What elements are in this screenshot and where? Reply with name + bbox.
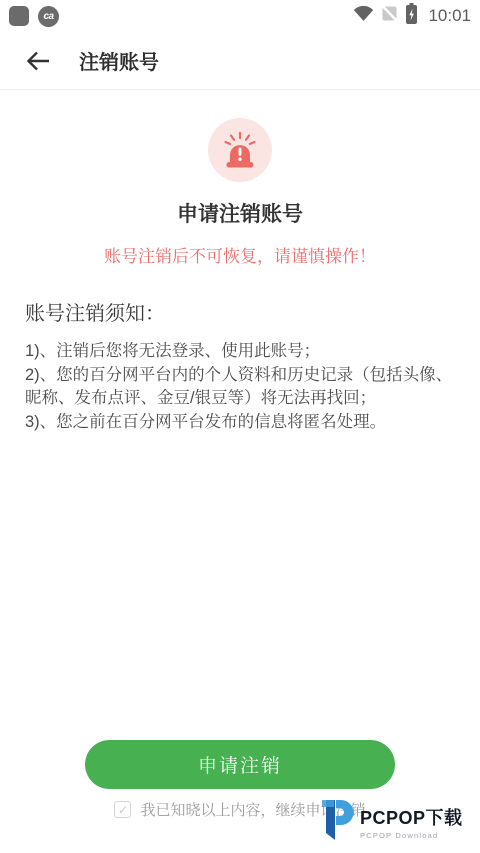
notice-item: 3)、您之前在百分网平台发布的信息将匿名处理。 [25,411,455,435]
notice-item: 2)、您的百分网平台内的个人资料和历史记录（包括头像、昵称、发布点评、金豆/银豆… [25,364,455,411]
notice-heading: 账号注销须知： [25,297,455,326]
notice-item: 1)、注销后您将无法登录、使用此账号； [25,340,455,364]
back-arrow-icon[interactable] [24,49,52,73]
ca-badge-icon: ca [38,6,59,27]
status-bar-left: ca [9,6,59,27]
wifi-icon [353,5,374,27]
agreement-label: 我已知晓以上内容，继续申请注销 [140,799,365,820]
page-title: 申请注销账号 [0,198,480,228]
agreement-checkbox[interactable]: ✓ [114,801,131,818]
battery-charging-icon [405,3,418,30]
page-header-title: 注销账号 [79,46,159,75]
status-bar: ca 10:01 [0,0,480,32]
status-bar-right: 10:01 [353,3,471,30]
no-signal-icon [381,5,398,27]
header-bar: 注销账号 [0,32,480,90]
watermark-subtitle: PCPOP Download [360,831,463,840]
app-screen: ca 10:01 [0,0,480,853]
main-content: 申请注销账号 账号注销后不可恢复，请谨慎操作！ 账号注销须知： 1)、注销后您将… [0,91,480,434]
agreement-row[interactable]: ✓ 我已知晓以上内容，继续申请注销 [0,799,480,820]
alarm-warning-icon [208,118,272,182]
clock-time: 10:01 [428,6,471,26]
notice-list: 1)、注销后您将无法登录、使用此账号； 2)、您的百分网平台内的个人资料和历史记… [25,340,455,434]
app-notification-icon [9,6,29,26]
warning-text: 账号注销后不可恢复，请谨慎操作！ [0,242,480,267]
apply-cancel-button[interactable]: 申请注销 [85,740,395,789]
